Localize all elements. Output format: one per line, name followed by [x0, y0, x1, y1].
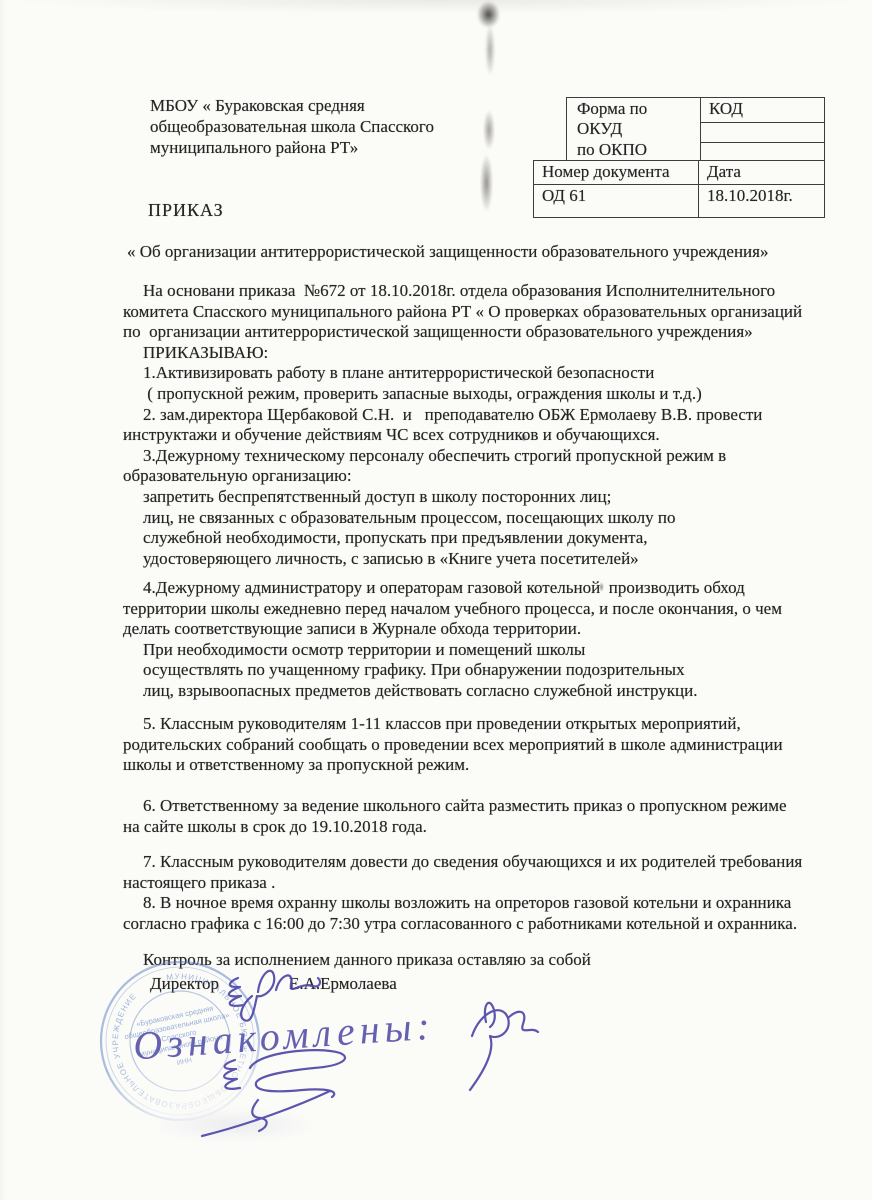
text-line: по организации антитеррористической защи… [123, 322, 802, 343]
text-line: ( пропускной режим, проверить запасные в… [123, 384, 802, 405]
org-name-line: МБОУ « Бураковская средняя [150, 95, 510, 116]
document-type-heading: ПРИКАЗ [148, 200, 224, 221]
text-line: запретить беспрепятственный доступ в шко… [123, 487, 802, 508]
text-line: 7. Классным руководителям довести до све… [123, 852, 802, 873]
text-line: территории школы ежедневно перед началом… [123, 599, 782, 620]
text-line: делать соответствующие записи в Журнале … [123, 619, 782, 640]
text-line: При необходимости осмотр территории и по… [123, 640, 782, 661]
text-line: 1.Активизировать работу в плане антитерр… [123, 363, 802, 384]
text-line: ПРИКАЗЫВАЮ: [123, 343, 802, 364]
ink-signatures [100, 940, 700, 1200]
document-number-table: Номер документа Дата ОД 61 18.10.2018г. [533, 160, 825, 218]
acknowledgement-signature-right [470, 1003, 538, 1090]
text-line: родительских собраний сообщать о проведе… [123, 735, 783, 756]
form-label: ОКУД [577, 119, 700, 139]
doc-number-header-cell: Номер документа [534, 161, 699, 185]
text-line: 5. Классным руководителям 1-11 классов п… [123, 714, 783, 735]
text-line: 3.Дежурному техническому персоналу обесп… [123, 446, 802, 467]
text-line: осуществлять по учащенному графику. При … [123, 660, 782, 681]
code-header-cell: КОД [701, 98, 824, 123]
text-line: 8. В ночное время охранну школы возложит… [123, 893, 802, 914]
text-line: настоящего приказа . [123, 873, 802, 894]
text-line: 6. Ответственному за ведение школьного с… [123, 796, 787, 817]
text-line: на сайте школы в срок до 19.10.2018 года… [123, 817, 787, 838]
date-value-cell: 18.10.2018г. [699, 185, 824, 217]
text-line: лиц, взрывоопасных предметов действовать… [123, 681, 782, 702]
order-title: « Об организации антитеррористической за… [127, 242, 768, 262]
acknowledgement-signature-left [202, 1050, 345, 1136]
text-line: комитета Спасского муниципального района… [123, 302, 802, 323]
order-paragraph: 7. Классным руководителям довести до све… [123, 852, 802, 934]
organization-name: МБОУ « Бураковская средняя общеобразоват… [150, 95, 510, 158]
text-line: образовательную организацию: [123, 466, 802, 487]
text-line: служебной необходимости, пропускать при … [123, 528, 802, 549]
order-paragraph: На основани приказа №672 от 18.10.2018г.… [123, 281, 802, 569]
form-code-labels: Форма по ОКУД по ОКПО [567, 98, 701, 161]
scan-smudge [485, 24, 495, 76]
empty-code-cell [701, 123, 824, 143]
text-line: школы и ответственному за пропускной реж… [123, 755, 783, 776]
scan-smudge [480, 154, 493, 212]
form-label: по ОКПО [577, 140, 700, 160]
director-signature [229, 971, 320, 1021]
text-line: 2. зам.директора Щербаковой С.Н. и препо… [123, 405, 802, 426]
text-line: удостоверяющего личность, с записью в «К… [123, 549, 802, 570]
order-paragraph: 5. Классным руководителям 1-11 классов п… [123, 714, 783, 776]
text-line: инструктажи и обучение действиям ЧС всех… [123, 425, 802, 446]
empty-code-cell [701, 143, 824, 161]
text-line: лиц, не связанных с образовательным проц… [123, 508, 802, 529]
scanned-order-document: МБОУ « Бураковская средняя общеобразоват… [0, 0, 872, 1200]
text-line: согласно графика с 16:00 до 7:30 утра со… [123, 914, 802, 935]
text-line: 4.Дежурному администратору и операторам … [123, 578, 782, 599]
form-code-table: Форма по ОКУД по ОКПО КОД [566, 97, 825, 161]
form-label: Форма по [577, 99, 700, 119]
order-paragraph: 4.Дежурному администратору и операторам … [123, 578, 782, 702]
date-header-cell: Дата [699, 161, 824, 185]
doc-number-value-cell: ОД 61 [534, 185, 699, 217]
org-name-line: муниципального района РТ» [150, 137, 510, 158]
order-paragraph: 6. Ответственному за ведение школьного с… [123, 796, 787, 837]
org-name-line: общеобразовательная школа Спасского [150, 116, 510, 137]
text-line: На основани приказа №672 от 18.10.2018г.… [123, 281, 802, 302]
